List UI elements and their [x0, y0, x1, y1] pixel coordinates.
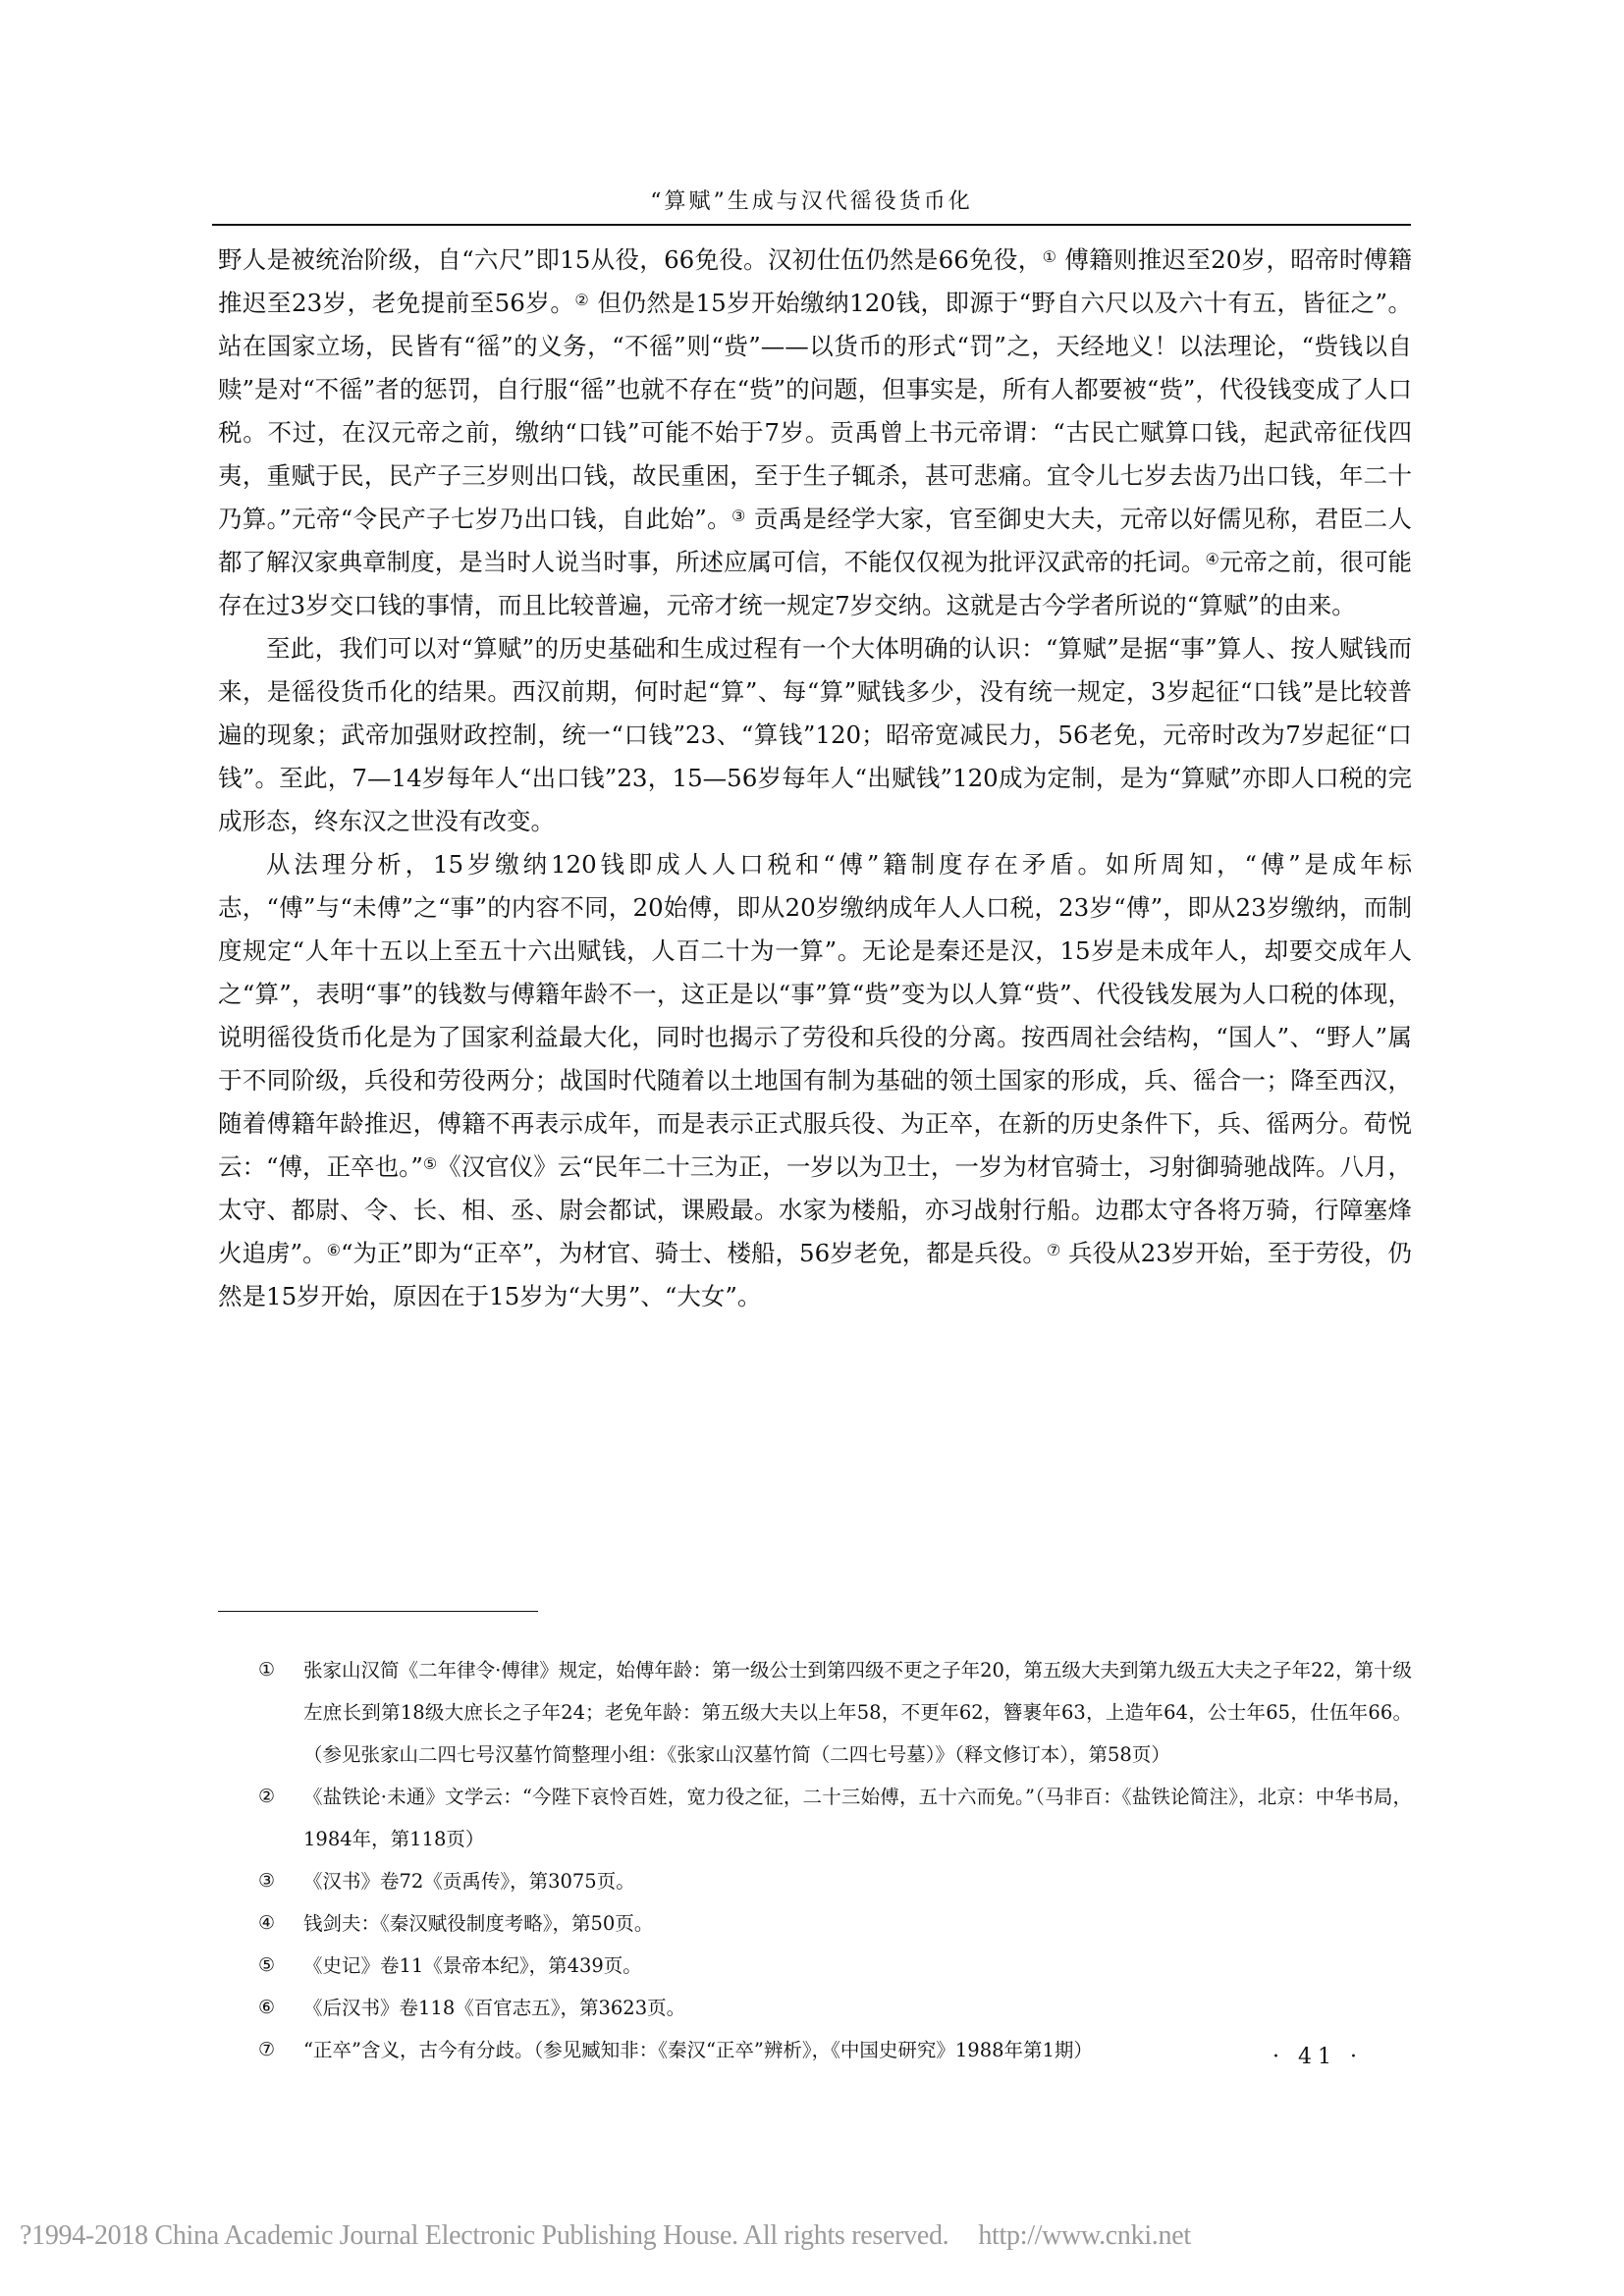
footnote-6: ⑥ 《后汉书》卷118《百官志五》，第3623页。	[258, 1987, 1412, 2029]
footnote-text: 张家山汉简《二年律令·傅律》规定，始傅年龄：第一级公士到第四级不更之子年20，第…	[303, 1649, 1412, 1776]
running-title: “算赋”生成与汉代徭役货币化	[212, 185, 1411, 215]
body-text-run: “为正”即为“正卒”，为材官、骑士、楼船，56岁老免，都是兵役。	[341, 1239, 1047, 1267]
body-text-run: 从法理分析，15岁缴纳120钱即成人人口税和“傅”籍制度存在矛盾。如所周知，“傅…	[218, 850, 1412, 1181]
body-text-run: 野人是被统治阶级，自“六尺”即15从役，66免役。汉初仕伍仍然是66免役，	[218, 245, 1043, 274]
cnki-link[interactable]: http://www.cnki.net	[978, 2220, 1190, 2251]
footnote-7: ⑦ “正卒”含义，古今有分歧。（参见臧知非：《秦汉“正卒”辨析》，《中国史研究》…	[258, 2029, 1412, 2071]
footnote-marker: ③	[258, 1860, 303, 1902]
footnote-marker: ⑤	[258, 1945, 303, 1987]
footnotes: ① 张家山汉简《二年律令·傅律》规定，始傅年龄：第一级公士到第四级不更之子年20…	[258, 1649, 1412, 2071]
footnote-marker: ④	[258, 1902, 303, 1945]
footnote-text: 《后汉书》卷118《百官志五》，第3623页。	[303, 1987, 1412, 2029]
footnote-5: ⑤ 《史记》卷11《景帝本纪》，第439页。	[258, 1945, 1412, 1987]
footnote-marker: ⑦	[258, 2029, 303, 2071]
footnote-4: ④ 钱剑夫：《秦汉赋役制度考略》，第50页。	[258, 1902, 1412, 1945]
page-number: · 41 ·	[1272, 2045, 1363, 2069]
footnote-text: 《汉书》卷72《贡禹传》，第3075页。	[303, 1860, 1412, 1902]
footnote-ref[interactable]: ③	[731, 507, 746, 525]
footnote-marker: ①	[258, 1649, 303, 1691]
copyright-footer: ?1994-2018 China Academic Journal Electr…	[20, 2220, 1191, 2252]
footnote-text: 《盐铁论·未通》文学云：“今陛下哀怜百姓，宽力役之征，二十三始傅，五十六而免。”…	[303, 1776, 1412, 1860]
body-text-run: 至此，我们可以对“算赋”的历史基础和生成过程有一个大体明确的认识：“算赋”是据“…	[218, 634, 1412, 835]
footnote-divider	[218, 1611, 538, 1612]
footnote-marker: ②	[258, 1776, 303, 1818]
paragraph-3: 从法理分析，15岁缴纳120钱即成人人口税和“傅”籍制度存在矛盾。如所周知，“傅…	[218, 843, 1412, 1318]
body-text: 野人是被统治阶级，自“六尺”即15从役，66免役。汉初仕伍仍然是66免役，① 傅…	[218, 239, 1412, 1318]
paragraph-1: 野人是被统治阶级，自“六尺”即15从役，66免役。汉初仕伍仍然是66免役，① 傅…	[218, 239, 1412, 627]
body-text-run: 但仍然是15岁开始缴纳120钱，即源于“野自六尺以及六十有五，皆征之”。站在国家…	[218, 289, 1412, 533]
footnote-1: ① 张家山汉简《二年律令·傅律》规定，始傅年龄：第一级公士到第四级不更之子年20…	[258, 1649, 1412, 1776]
footnote-ref[interactable]: ⑥	[327, 1241, 341, 1259]
footnote-text: “正卒”含义，古今有分歧。（参见臧知非：《秦汉“正卒”辨析》，《中国史研究》19…	[303, 2029, 1412, 2071]
footnote-ref[interactable]: ①	[1043, 247, 1057, 266]
footnote-ref[interactable]: ②	[574, 291, 589, 309]
running-header: “算赋”生成与汉代徭役货币化	[212, 157, 1411, 226]
footnote-ref[interactable]: ⑤	[423, 1154, 437, 1173]
footnote-text: 钱剑夫：《秦汉赋役制度考略》，第50页。	[303, 1902, 1412, 1945]
footnote-marker: ⑥	[258, 1987, 303, 2029]
footnote-ref[interactable]: ④	[1205, 550, 1218, 568]
footnote-ref[interactable]: ⑦	[1047, 1241, 1060, 1259]
footnote-text: 《史记》卷11《景帝本纪》，第439页。	[303, 1945, 1412, 1987]
footnote-2: ② 《盐铁论·未通》文学云：“今陛下哀怜百姓，宽力役之征，二十三始傅，五十六而免…	[258, 1776, 1412, 1860]
paragraph-2: 至此，我们可以对“算赋”的历史基础和生成过程有一个大体明确的认识：“算赋”是据“…	[218, 627, 1412, 843]
copyright-notice: ?1994-2018 China Academic Journal Electr…	[20, 2220, 948, 2251]
footnote-3: ③ 《汉书》卷72《贡禹传》，第3075页。	[258, 1860, 1412, 1902]
